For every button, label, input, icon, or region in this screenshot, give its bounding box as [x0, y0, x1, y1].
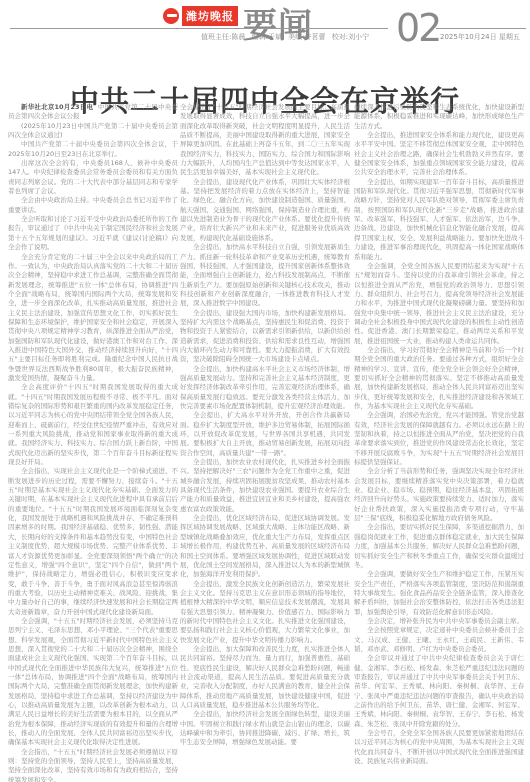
paragraph: (2025年10月23日中国共产党第二十届中央委员会第四次全体会议通过) [8, 122, 178, 141]
paragraph: 全会指出，"十五五"时期经济社会发展必须遵循以下原则：坚持党的全面领导，坚持人民… [8, 748, 178, 782]
paragraph: 全会审议并通过了中共中央纪律检查委员会关于唐仁健、金湘军、李石松、杨发森、朱芝松… [354, 654, 524, 729]
header-rule-left [10, 28, 388, 29]
paragraph: 全会号召，全党全军全国各族人民要更加紧密地团结在以习近平同志为核心的党中央周围，… [354, 729, 524, 766]
paragraph: 全会分析了当前形势和任务，强调坚决实现全年经济社会发展目标，要继续精准落实党中央… [354, 467, 524, 523]
article-column-2: 全会提出了"十五五"时期经济社会发展的主要目标：高质量发展取得显著成效，科技自立… [180, 103, 350, 748]
paragraph: 全会提出，加快农业农村现代化，扎实推进乡村全面振兴。坚持把解决好"三农"问题作为… [180, 458, 350, 514]
issue-date: 2025年10月24日 星期五 [440, 32, 520, 42]
masthead: 潍坊晚报 要闻 02 值班主任:陈晨 编辑:于斌 美编:许茗蕾 校对:刘小宁 2… [0, 0, 530, 48]
paragraph: 出席这次全会的有，中央委员168人，候补中央委员147人。中央纪律检查委员会常务… [8, 159, 178, 196]
paragraph: 全会提出，优化区域经济布局，促进区域协调发展。发挥区域协调发展战略、区域重大战略… [180, 514, 350, 579]
paragraph: 全会提出，加大保障和改善民生力度，扎实推进全体人民共同富裕。坚持尽力而为、量力而… [180, 645, 350, 710]
paragraph: 全会强调，全党全国各族人民要团结起来为实现"十五五"规划而奋斗。坚持以党的自我革… [354, 262, 524, 346]
paragraph: 全会指出，实现社会主义现代化是一个阶梯式递进、不断发展进步的历史过程，需要不懈努… [8, 467, 178, 617]
paragraph: 全会指出，学习好贯彻好全会精神是当前和今后一个时期全党全国的重大政治任务。要通过… [354, 346, 524, 411]
paragraph: 持续深入推进污染防治攻坚和生态系统优化，加快建设新型能源体系，积极稳妥推进和实现… [354, 103, 524, 131]
paragraph: 全会由中央政治局主持。中央委员会总书记习近平作了重要讲话。 [8, 196, 178, 215]
paragraph: 全会提出，加快高水平科技自立自强，引领发展新质生产力。抓住新一轮科技革命和产业变… [180, 243, 350, 308]
paragraph: 全会提出了"十五五"时期经济社会发展的主要目标：高质量发展取得显著成效，科技自立… [180, 103, 350, 178]
paragraph: 全会强调，治国必先治党，党兴才能国强。管党治党越有效，经济社会发展的保障就越有力… [354, 411, 524, 467]
article-column-3: 持续深入推进污染防治攻坚和生态系统优化，加快建设新型能源体系，积极稳妥推进和实现… [354, 103, 524, 766]
logo-text: 潍坊晚报 [182, 6, 238, 26]
newspaper-logo: 潍坊晚报 [163, 6, 238, 26]
dateline: 新华社北京10月23日电 [21, 103, 93, 111]
paragraph: 全会决定，增补张升民为中共中央军事委员会副主席。 [354, 617, 524, 626]
paragraph: 全会提出，如期实现建军一百年奋斗目标，高质量推进国防和军队现代化。贯彻习近平强军… [354, 178, 524, 262]
paragraph: 全会指出，要切实抓好民生保障，多渠道挖掘潜力，加强稳岗促就业工作，促进重点群体稳… [354, 523, 524, 570]
paragraph: 中国共产党第二十届中央委员会第四次全体会议，于2025年10月20日至23日在北… [8, 140, 178, 159]
paragraph: 全会强调，要做好安全生产和维护稳定工作，压紧压实安全生产责任，严格落实各项监管制… [354, 570, 524, 617]
paragraph: 全会提出，加快经济社会发展全面绿色转型，建设美丽中国。牢固树立和践行绿水青山就是… [180, 710, 350, 747]
paragraph: 全会按照党章规定，决定递补中央委员会候补委员于会文、马汉成、王健、王曦、王永红、… [354, 626, 524, 654]
paragraph: 全会提出，建设现代化产业体系，巩固壮大实体经济根基。坚持把发展经济的着力点放在实… [180, 178, 350, 243]
paragraph: 全会高度评价"十四五"时期我国发展取得的重大成就。"十四五"时期我国发展历程极不… [8, 383, 178, 467]
paragraph: 全会提出，激发全民族文化创新创造活力，繁荣发展社会主义文化。坚持马克思主义在意识… [180, 580, 350, 645]
paragraph: 全会提出，推进国家安全体系和能力现代化，建设更高水平平安中国。坚定不移贯彻总体国… [354, 131, 524, 178]
paragraph: 全会强调，"十五五"时期经济社会发展，必须坚持马克思列宁主义、毛泽东思想、邓小平… [8, 617, 178, 748]
paragraph: 全会提出，建设强大国内市场，加快构建新发展格局。坚持扩大内需这个战略基点，坚持惠… [180, 309, 350, 365]
page-number: 02 [396, 8, 440, 48]
article-column-1: 新华社北京10月23日电 中国共产党第二十届中央委员会第四次全体会议公报 (20… [8, 103, 178, 782]
logo-icon [163, 8, 179, 24]
editor-credits: 值班主任:陈晨 编辑:于斌 美编:许茗蕾 校对:刘小宁 [201, 32, 369, 42]
header-rule-right [436, 28, 526, 29]
paragraph: 全会听取和讨论了习近平受中央政治局委托所作的工作报告，审议通过了《中共中央关于制… [8, 215, 178, 252]
paragraph: 全会提出，扩大高水平对外开放，开创合作共赢新局面。稳步扩大制度型开放，维护多边贸… [180, 411, 350, 458]
paragraph: 全会充分肯定党的二十届三中全会以来中央政治局的工作。一致认为，中央政治局认真落实… [8, 253, 178, 384]
paragraph: 全会提出，加快构建高水平社会主义市场经济体制，增强高质量发展动力。坚持和完善社会… [180, 365, 350, 412]
